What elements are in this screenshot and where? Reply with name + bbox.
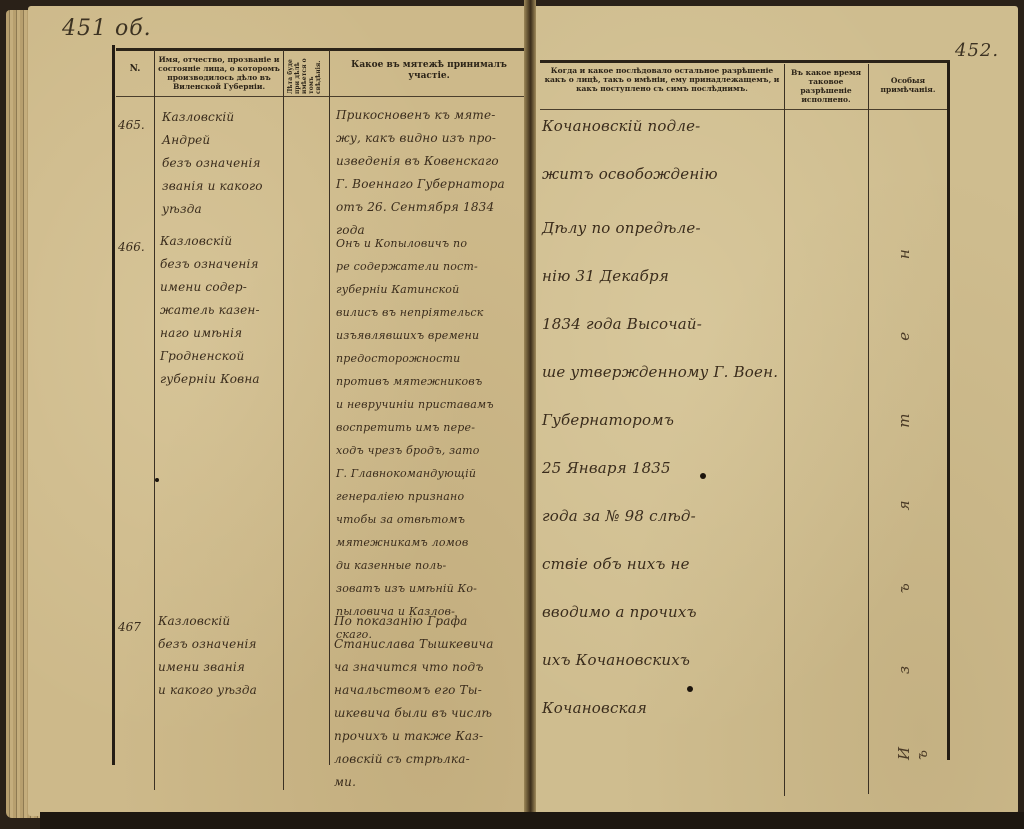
participation-line: Онъ и Копыловичъ по bbox=[336, 232, 494, 255]
resolution-line: 1834 года Высочай- bbox=[542, 300, 778, 348]
right-table-border bbox=[947, 62, 950, 760]
participation-line: вилисъ въ непріятельск bbox=[336, 301, 494, 324]
participation-line: ре содержатели пост- bbox=[336, 255, 494, 278]
participation-line: Г. Главнокомандующій bbox=[336, 462, 494, 485]
col-divider-person bbox=[283, 50, 284, 790]
entry-466-participation: Онъ и Копыловичъ по ре содержатели пост-… bbox=[336, 232, 494, 646]
participation-line: мятежникамъ ломов bbox=[336, 531, 494, 554]
person-line: жатель казен- bbox=[160, 299, 260, 322]
participation-line: Прикосновенъ къ мяте- bbox=[336, 104, 505, 127]
resolution-line: 25 Января 1835 bbox=[542, 444, 778, 492]
resolution-text: Кочановскій подле- житъ освобожденію Дѣл… bbox=[542, 102, 778, 732]
resolution-line: житъ освобожденію bbox=[542, 150, 778, 198]
entry-number-466: 466. bbox=[118, 240, 145, 254]
right-folio-number: 452. bbox=[955, 40, 999, 61]
header-remarks: Особыя примѣчанія. bbox=[871, 76, 945, 94]
person-line: Гродненской bbox=[160, 345, 260, 368]
entry-number-467: 467 bbox=[118, 620, 141, 634]
entry-467-person: Казловскій безъ означенія имени званія и… bbox=[158, 610, 257, 702]
resolution-line: Кочановскій подле- bbox=[542, 102, 778, 150]
participation-line: ходъ чрезъ бродъ, зато bbox=[336, 439, 494, 462]
person-line: Казловскій bbox=[158, 610, 257, 633]
left-table-border bbox=[112, 45, 115, 765]
participation-line: чтобы за отвѣтомъ bbox=[336, 508, 494, 531]
participation-line: жу, какъ видно изъ про- bbox=[336, 127, 505, 150]
header-participation: Какое въ мятежѣ принималъ участіе. bbox=[334, 60, 524, 82]
participation-line: отъ 26. Сентября 1834 bbox=[336, 196, 505, 219]
entry-465-participation: Прикосновенъ къ мяте- жу, какъ видно изъ… bbox=[336, 104, 505, 242]
participation-line: предосторожности bbox=[336, 347, 494, 370]
col-divider-executed bbox=[868, 64, 869, 794]
person-line: безъ означенія bbox=[160, 253, 260, 276]
person-line: наго имѣнія bbox=[160, 322, 260, 345]
resolution-line: ихъ Кочановскихъ bbox=[542, 636, 778, 684]
participation-line: Г. Военнаго Губернатора bbox=[336, 173, 505, 196]
resolution-line: вводимо а прочихъ bbox=[542, 588, 778, 636]
ink-blot bbox=[687, 686, 693, 692]
header-person: Имя, отчество, прозваніе и состояніе лиц… bbox=[158, 55, 280, 91]
person-line: безъ означенія bbox=[162, 152, 263, 175]
person-line: безъ означенія bbox=[158, 633, 257, 656]
resolution-line: Дѣлу по опредѣле- bbox=[542, 204, 778, 252]
left-table-top-rule bbox=[116, 48, 524, 51]
participation-line: ловскій съ стрѣлка- bbox=[334, 748, 494, 771]
resolution-line: ше утвержденному Г. Воен. bbox=[542, 348, 778, 396]
participation-line: зоватъ изъ имѣній Ко- bbox=[336, 577, 494, 600]
header-number: N. bbox=[118, 64, 152, 75]
participation-line: изъявлявшихъ времени bbox=[336, 324, 494, 347]
left-header-bottom-rule bbox=[116, 96, 524, 97]
participation-line: По показанію Графа bbox=[334, 610, 494, 633]
resolution-line: нію 31 Декабря bbox=[542, 252, 778, 300]
left-folio-number: 451 об. bbox=[62, 16, 152, 41]
bottom-shadow bbox=[40, 812, 1024, 829]
remarks-vertical-text: И з ъ я т е н ъ bbox=[895, 140, 931, 760]
person-line: Андрей bbox=[162, 129, 263, 152]
header-resolution: Когда и какое послѣдовало остальное разр… bbox=[542, 66, 782, 93]
participation-line: генераліею признано bbox=[336, 485, 494, 508]
document-spread: 451 об. 452. N. Имя, отчество, прозваніе… bbox=[0, 0, 1024, 829]
person-line: уѣзда bbox=[162, 198, 263, 221]
resolution-line: Губернаторомъ bbox=[542, 396, 778, 444]
participation-line: прочихъ и также Каз- bbox=[334, 725, 494, 748]
person-line: и какого уѣзда bbox=[158, 679, 257, 702]
person-line: Казловскій bbox=[162, 106, 263, 129]
entry-466-person: Казловскій безъ означенія имени содер- ж… bbox=[160, 230, 260, 391]
col-divider-resolution bbox=[784, 64, 785, 796]
participation-line: противъ мятежниковъ bbox=[336, 370, 494, 393]
participation-line: ди казенные поль- bbox=[336, 554, 494, 577]
person-line: имени званія bbox=[158, 656, 257, 679]
entry-465-person: Казловскій Андрей безъ означенія званія … bbox=[162, 106, 263, 221]
participation-line: начальствомъ его Ты- bbox=[334, 679, 494, 702]
resolution-line: ствіе объ нихъ не bbox=[542, 540, 778, 588]
person-line: званія и какого bbox=[162, 175, 263, 198]
participation-line: и невручиніи приставамъ bbox=[336, 393, 494, 416]
entry-467-participation: По показанію Графа Станислава Тышкевича … bbox=[334, 610, 494, 794]
entry-number-465: 465. bbox=[118, 118, 145, 132]
col-divider-number bbox=[154, 50, 155, 790]
participation-line: шкевича были въ числѣ bbox=[334, 702, 494, 725]
participation-line: Станислава Тышкевича bbox=[334, 633, 494, 656]
participation-line: ча значится что подъ bbox=[334, 656, 494, 679]
person-line: имени содер- bbox=[160, 276, 260, 299]
participation-line: ми. bbox=[334, 771, 494, 794]
participation-line: воспретить имъ пере- bbox=[336, 416, 494, 439]
person-line: губерніи Ковна bbox=[160, 368, 260, 391]
resolution-line: Кочановская bbox=[542, 684, 778, 732]
right-table-top-rule bbox=[540, 60, 950, 63]
col-divider-age bbox=[329, 50, 330, 765]
ink-blot bbox=[155, 478, 159, 482]
resolution-line: года за № 98 слѣд- bbox=[542, 492, 778, 540]
header-executed: Въ какое время таковое разрѣшеніе исполн… bbox=[786, 68, 866, 104]
ink-blot bbox=[700, 473, 706, 479]
person-line: Казловскій bbox=[160, 230, 260, 253]
participation-line: губерніи Катинской bbox=[336, 278, 494, 301]
header-age: Лѣта буде при дѣлѣ имѣется о томъ свѣдѣн… bbox=[287, 52, 327, 94]
participation-line: изведенія въ Ковенскаго bbox=[336, 150, 505, 173]
book-gutter bbox=[524, 0, 536, 829]
